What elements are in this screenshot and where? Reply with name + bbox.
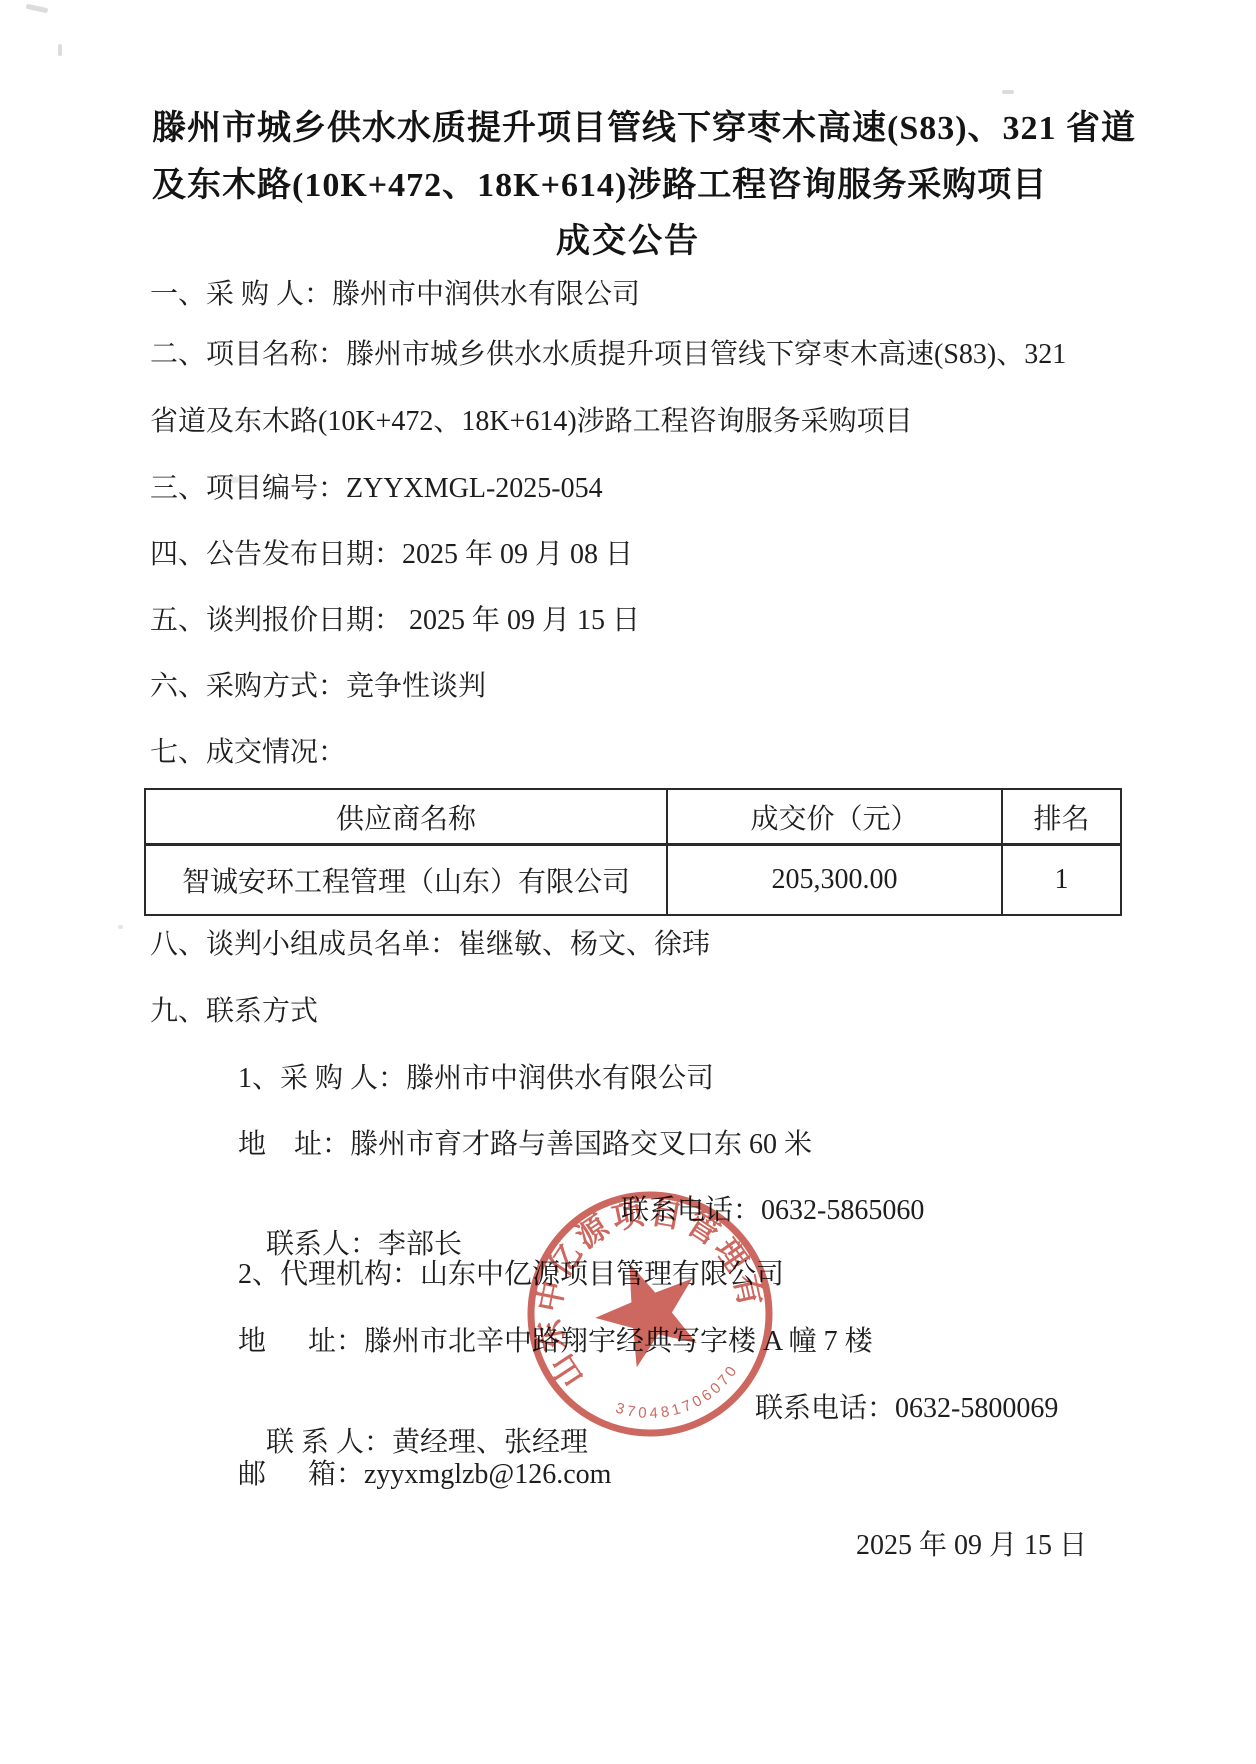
- scan-speck: [118, 925, 123, 929]
- table-cell-supplier: 智诚安环工程管理（山东）有限公司: [145, 845, 667, 916]
- table-header-rank: 排名: [1002, 789, 1121, 845]
- document-page: 滕州市城乡供水水质提升项目管线下穿枣木高速(S83)、321 省道 及东木路(1…: [0, 0, 1256, 1764]
- item-panel-members: 八、谈判小组成员名单：崔继敏、杨文、徐玮: [150, 928, 710, 962]
- item-quote-date: 五、谈判报价日期： 2025 年 09 月 15 日: [150, 604, 640, 638]
- scan-speck: [26, 4, 49, 13]
- table-row: 智诚安环工程管理（山东）有限公司 205,300.00 1: [145, 845, 1121, 916]
- item-result-heading: 七、成交情况：: [150, 736, 346, 770]
- footer-date: 2025 年 09 月 15 日: [856, 1523, 1087, 1563]
- scan-speck: [1002, 90, 1014, 94]
- item-announce-date: 四、公告发布日期：2025 年 09 月 08 日: [150, 538, 633, 572]
- item-buyer: 一、采 购 人：滕州市中润供水有限公司: [150, 278, 640, 312]
- item-purchase-method: 六、采购方式：竞争性谈判: [150, 670, 486, 704]
- contact-agency-email: 邮 箱：zyyxmglzb@126.com: [238, 1458, 611, 1492]
- document-title-line-1: 滕州市城乡供水水质提升项目管线下穿枣木高速(S83)、321 省道: [152, 100, 1136, 149]
- contact-buyer-person: 联系人：李部长: [266, 1229, 462, 1260]
- item-project-number: 三、项目编号：ZYYXMGL-2025-054: [150, 472, 603, 506]
- item-project-name-line2: 省道及东木路(10K+472、18K+614)涉路工程咨询服务采购项目: [150, 405, 913, 439]
- document-title-line-2: 及东木路(10K+472、18K+614)涉路工程咨询服务采购项目: [152, 157, 1047, 206]
- scan-speck: [58, 44, 62, 56]
- document-subtitle: 成交公告: [0, 213, 1256, 262]
- table-header-price: 成交价（元）: [667, 789, 1002, 845]
- contact-agency-phone: 联系电话：0632-5800069: [755, 1392, 1058, 1426]
- item-contact-heading: 九、联系方式: [150, 995, 318, 1029]
- seal-star-icon: [581, 1243, 715, 1374]
- item-project-name-line1: 二、项目名称：滕州市城乡供水水质提升项目管线下穿枣木高速(S83)、321: [150, 338, 1066, 372]
- table-header-row: 供应商名称 成交价（元） 排名: [145, 789, 1121, 845]
- contact-buyer-line: 1、采 购 人：滕州市中润供水有限公司: [238, 1062, 714, 1096]
- table-header-supplier: 供应商名称: [145, 789, 667, 845]
- table-cell-rank: 1: [1002, 845, 1121, 916]
- contact-agency-person: 联 系 人：黄经理、张经理: [266, 1427, 588, 1458]
- result-table: 供应商名称 成交价（元） 排名 智诚安环工程管理（山东）有限公司 205,300…: [144, 788, 1122, 916]
- table-cell-price: 205,300.00: [667, 845, 1002, 916]
